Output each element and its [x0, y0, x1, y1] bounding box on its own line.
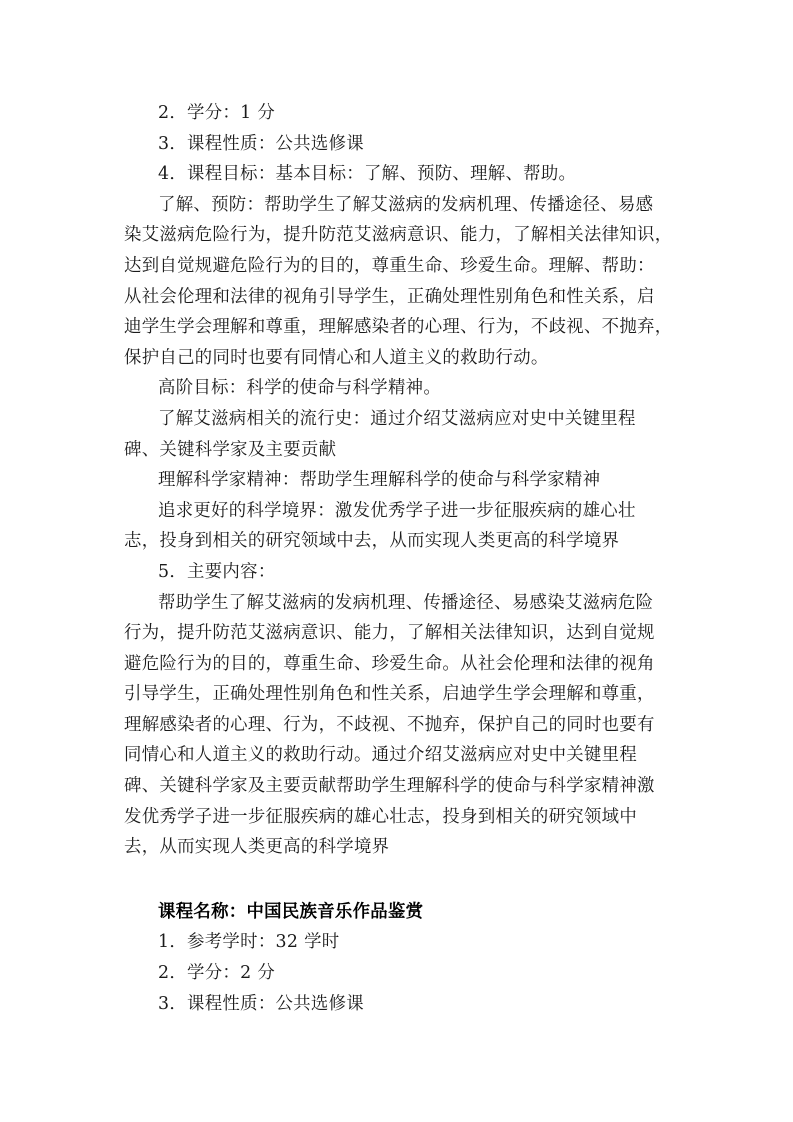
course-nature-line: 3．课程性质：公共选修课	[124, 129, 674, 160]
section-gap	[124, 863, 674, 897]
paragraph-line: 从社会伦理和法律的视角引导学生，正确处理性别角色和性关系，启	[124, 282, 674, 313]
paragraph-line: 同情心和人道主义的救助行动。通过介绍艾滋病应对史中关键里程	[124, 740, 674, 771]
paragraph-line: 帮助学生了解艾滋病的发病机理、传播途径、易感染艾滋病危险	[124, 588, 674, 619]
paragraph-line: 了解、预防：帮助学生了解艾滋病的发病机理、传播途径、易感	[124, 190, 674, 221]
paragraph-line: 了解艾滋病相关的流行史：通过介绍艾滋病应对史中关键里程	[124, 404, 674, 435]
credit-line-2: 2．学分：2 分	[124, 958, 674, 989]
paragraph-line: 迪学生学会理解和尊重，理解感染者的心理、行为，不歧视、不抛弃，	[124, 312, 674, 343]
content-paragraph: 帮助学生了解艾滋病的发病机理、传播途径、易感染艾滋病危险 行为，提升防范艾滋病意…	[124, 588, 674, 863]
credit-line: 2．学分：1 分	[124, 98, 674, 129]
paragraph-line: 引导学生，正确处理性别角色和性关系，启迪学生学会理解和尊重，	[124, 679, 674, 710]
paragraph-line: 志，投身到相关的研究领域中去，从而实现人类更高的科学境界	[124, 526, 674, 557]
paragraph-line: 去，从而实现人类更高的科学境界	[124, 832, 674, 863]
paragraph-line: 碑、关键科学家及主要贡献帮助学生理解科学的使命与科学家精神激	[124, 771, 674, 802]
basic-objective-paragraph: 了解、预防：帮助学生了解艾滋病的发病机理、传播途径、易感 染艾滋病危险行为，提升…	[124, 190, 674, 374]
paragraph-line: 碑、关键科学家及主要贡献	[124, 435, 674, 466]
paragraph-line: 避危险行为的目的，尊重生命、珍爱生命。从社会伦理和法律的视角	[124, 649, 674, 680]
scientist-spirit: 理解科学家精神：帮助学生理解科学的使命与科学家精神	[124, 465, 674, 496]
course-heading: 课程名称：中国民族音乐作品鉴赏	[124, 897, 674, 928]
paragraph-line: 行为，提升防范艾滋病意识、能力，了解相关法律知识，达到自觉规	[124, 618, 674, 649]
paragraph-line: 理解感染者的心理、行为，不歧视、不抛弃，保护自己的同时也要有	[124, 710, 674, 741]
history-paragraph: 了解艾滋病相关的流行史：通过介绍艾滋病应对史中关键里程 碑、关键科学家及主要贡献	[124, 404, 674, 465]
paragraph-line: 保护自己的同时也要有同情心和人道主义的救助行动。	[124, 343, 674, 374]
pursuit-paragraph: 追求更好的科学境界：激发优秀学子进一步征服疾病的雄心壮 志，投身到相关的研究领域…	[124, 496, 674, 557]
course-nature-line-2: 3．课程性质：公共选修课	[124, 989, 674, 1020]
advanced-objective: 高阶目标：科学的使命与科学精神。	[124, 373, 674, 404]
paragraph-line: 达到自觉规避危险行为的目的，尊重生命、珍爱生命。理解、帮助：	[124, 251, 674, 282]
paragraph-line: 追求更好的科学境界：激发优秀学子进一步征服疾病的雄心壮	[124, 496, 674, 527]
hours-line: 1．参考学时：32 学时	[124, 927, 674, 958]
paragraph-line: 发优秀学子进一步征服疾病的雄心壮志，投身到相关的研究领域中	[124, 802, 674, 833]
paragraph-line: 染艾滋病危险行为，提升防范艾滋病意识、能力，了解相关法律知识，	[124, 220, 674, 251]
content-title: 5．主要内容：	[124, 557, 674, 588]
objective-title: 4．课程目标：基本目标：了解、预防、理解、帮助。	[124, 159, 674, 190]
document-page: 2．学分：1 分 3．课程性质：公共选修课 4．课程目标：基本目标：了解、预防、…	[124, 98, 674, 1019]
